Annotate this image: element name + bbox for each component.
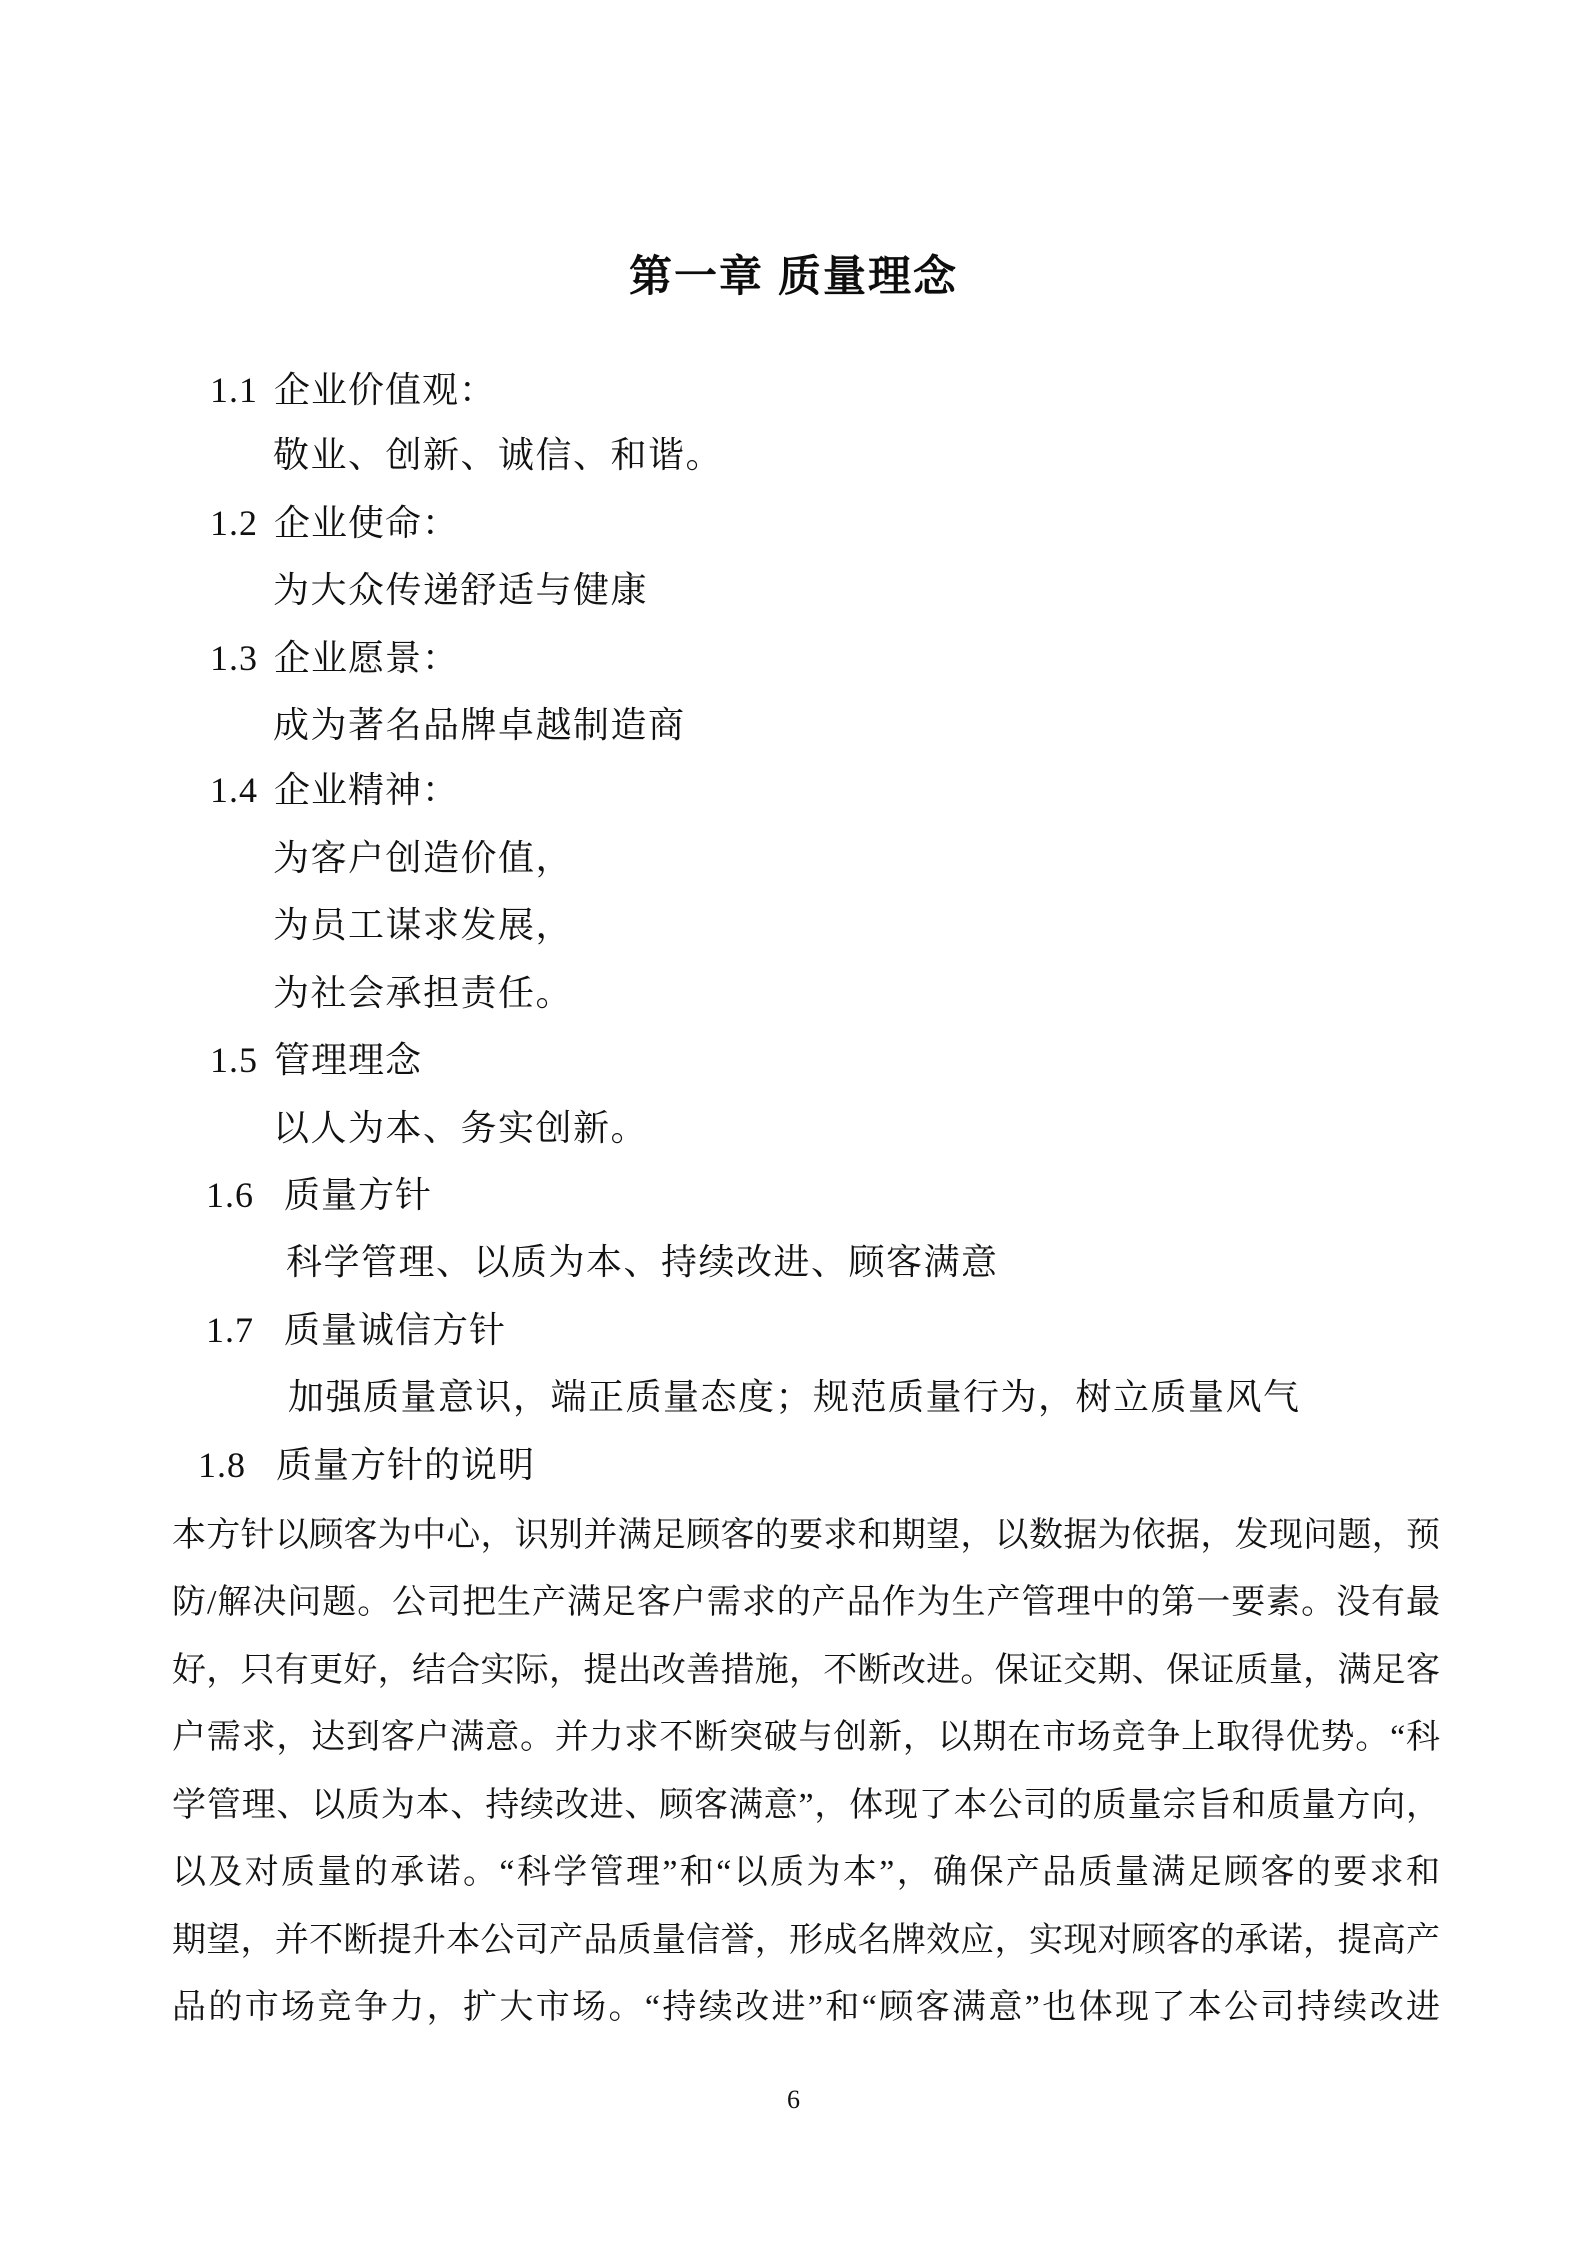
section-title: 质量诚信方针 xyxy=(284,1310,506,1350)
section-title: 管理理念 xyxy=(274,1040,422,1080)
section-heading-1-6: 1.6质量方针 xyxy=(206,1177,432,1213)
paragraph-line: 本方针以顾客为中心，识别并满足顾客的要求和期望，以数据为依据，发现问题，预 xyxy=(172,1516,1440,1555)
page-number: 6 xyxy=(0,2087,1587,2113)
section-heading-1-7: 1.7质量诚信方针 xyxy=(206,1312,506,1348)
section-number: 1.1 xyxy=(210,370,258,410)
section-heading-1-1: 1.1企业价值观： xyxy=(210,372,496,408)
section-content-line: 成为著名品牌卓越制造商 xyxy=(273,707,686,743)
paragraph-line: 学管理、以质为本、持续改进、顾客满意”，体现了本公司的质量宗旨和质量方向， xyxy=(172,1786,1440,1825)
paragraph-line: 防/解决问题。公司把生产满足客户需求的产品作为生产管理中的第一要素。没有最 xyxy=(172,1583,1440,1622)
section-content-line: 为大众传递舒适与健康 xyxy=(273,572,648,608)
section-title: 企业使命： xyxy=(274,503,459,543)
section-title: 质量方针的说明 xyxy=(276,1445,535,1485)
section-content-line: 为员工谋求发展， xyxy=(273,907,573,943)
section-number: 1.2 xyxy=(210,503,258,543)
section-heading-1-4: 1.4企业精神： xyxy=(210,772,459,808)
section-title: 质量方针 xyxy=(284,1175,432,1215)
section-heading-1-5: 1.5管理理念 xyxy=(210,1042,422,1078)
section-title: 企业价值观： xyxy=(274,370,496,410)
section-title: 企业精神： xyxy=(274,770,459,810)
document-page: 第一章 质量理念 1.1企业价值观： 敬业、创新、诚信、和谐。 1.2企业使命：… xyxy=(0,0,1587,2245)
section-content-line: 敬业、创新、诚信、和谐。 xyxy=(273,437,723,473)
paragraph-line: 好，只有更好，结合实际，提出改善措施，不断改进。保证交期、保证质量，满足客 xyxy=(172,1651,1440,1690)
section-number: 1.6 xyxy=(206,1175,254,1215)
section-number: 1.5 xyxy=(210,1040,258,1080)
section-title: 企业愿景： xyxy=(274,638,459,678)
section-heading-1-3: 1.3企业愿景： xyxy=(210,640,459,676)
section-content-line: 科学管理、以质为本、持续改进、顾客满意 xyxy=(286,1244,999,1280)
paragraph-line: 品的市场竞争力，扩大市场。“持续改进”和“顾客满意”也体现了本公司持续改进 xyxy=(172,1988,1440,2027)
chapter-title: 第一章 质量理念 xyxy=(0,256,1587,299)
section-number: 1.7 xyxy=(206,1310,254,1350)
section-content-line: 为社会承担责任。 xyxy=(273,975,573,1011)
section-heading-1-2: 1.2企业使命： xyxy=(210,505,459,541)
section-number: 1.4 xyxy=(210,770,258,810)
paragraph-line: 户需求，达到客户满意。并力求不断突破与创新，以期在市场竞争上取得优势。“科 xyxy=(172,1718,1440,1757)
paragraph-line: 以及对质量的承诺。“科学管理”和“以质为本”，确保产品质量满足顾客的要求和 xyxy=(172,1853,1440,1892)
section-content-line: 为客户创造价值， xyxy=(273,840,573,876)
section-number: 1.8 xyxy=(198,1445,246,1485)
section-content-line: 以人为本、务实创新。 xyxy=(273,1110,648,1146)
section-number: 1.3 xyxy=(210,638,258,678)
paragraph-line: 期望，并不断提升本公司产品质量信誉，形成名牌效应，实现对顾客的承诺，提高产 xyxy=(172,1921,1440,1960)
section-heading-1-8: 1.8质量方针的说明 xyxy=(198,1447,535,1483)
section-content-line: 加强质量意识，端正质量态度；规范质量行为，树立质量风气 xyxy=(288,1379,1301,1415)
